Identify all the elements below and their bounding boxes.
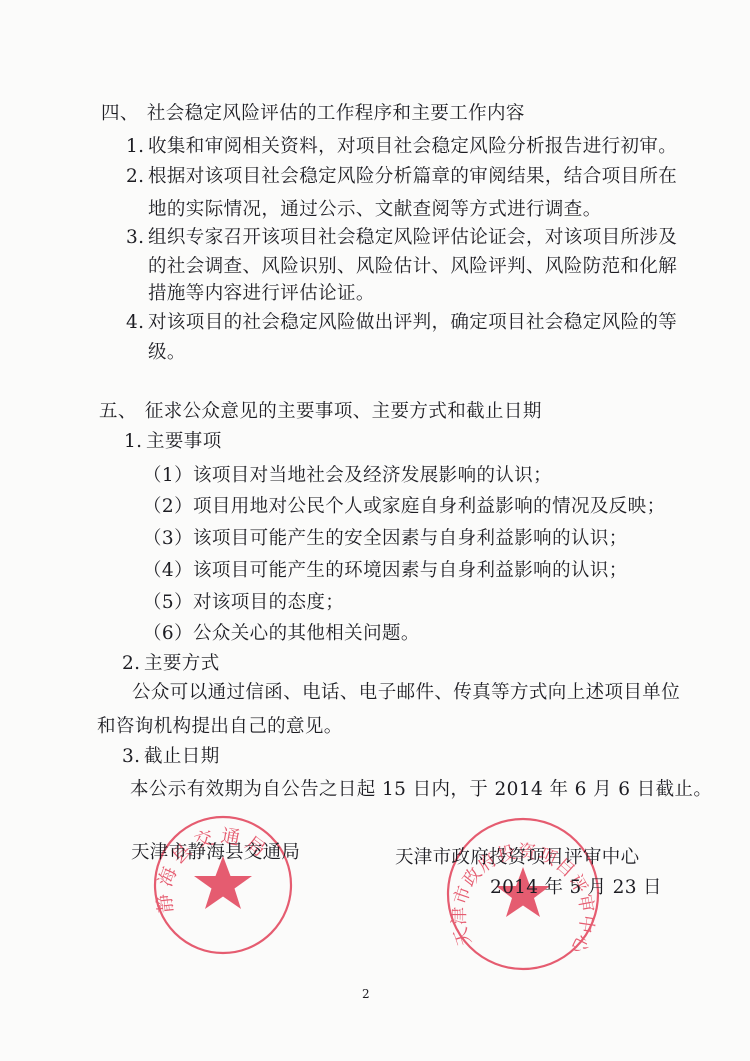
section-4-title: 社会稳定风险评估的工作程序和主要工作内容 — [147, 103, 525, 124]
item-number: 3. — [126, 227, 148, 249]
signature-left-organization: 天津市静海县交通局 — [131, 842, 300, 864]
section-5-title: 征求公众意见的主要事项、主要方式和截止日期 — [145, 401, 542, 422]
item-title: 主要事项 — [146, 431, 222, 452]
signature-right-organization: 天津市政府投资项目评审中心 — [395, 847, 639, 869]
item-number: 2. — [122, 653, 144, 675]
s4-item-4: 4.对该项目的社会稳定风险做出评判，确定项目社会稳定风险的等 — [126, 312, 677, 334]
s4-item-1: 1.收集和审阅相关资料，对项目社会稳定风险分析报告进行初审。 — [126, 136, 677, 158]
item-number: 1. — [126, 136, 148, 158]
section-4-heading: 四、社会稳定风险评估的工作程序和主要工作内容 — [101, 103, 525, 125]
item-text: 对该项目的社会稳定风险做出评判，确定项目社会稳定风险的等 — [148, 312, 677, 333]
s5-matter-6: （6）公众关心的其他相关问题。 — [143, 623, 420, 645]
s5-sub2-paragraph-line-1: 公众可以通过信函、电话、电子邮件、传真等方式向上述项目单位 — [132, 682, 680, 704]
s4-item-2: 2.根据对该项目社会稳定风险分析篇章的审阅结果，结合项目所在 — [126, 166, 677, 188]
item-number: 1. — [124, 431, 146, 453]
section-5-heading: 五、征求公众意见的主要事项、主要方式和截止日期 — [99, 401, 542, 423]
item-text: 组织专家召开该项目社会稳定风险评估论证会，对该项目所涉及 — [148, 227, 677, 248]
item-text: 根据对该项目社会稳定风险分析篇章的审阅结果，结合项目所在 — [148, 166, 677, 187]
item-number: 2. — [126, 166, 148, 188]
s5-sub3-heading: 3.截止日期 — [122, 746, 220, 768]
page-number: 2 — [362, 986, 370, 1002]
s4-item-3-cont-1: 的社会调查、风险识别、风险估计、风险评判、风险防范和化解 — [148, 256, 677, 278]
s4-item-2-cont: 地的实际情况，通过公示、文献查阅等方式进行调查。 — [148, 199, 602, 221]
s4-item-3-cont-2: 措施等内容进行评估论证。 — [148, 283, 375, 305]
s5-deadline-text: 本公示有效期为自公告之日起 15 日内，于 2014 年 6 月 6 日截止。 — [130, 779, 712, 801]
item-number: 4. — [126, 312, 148, 334]
s4-item-4-cont: 级。 — [148, 342, 186, 364]
s4-item-3: 3.组织专家召开该项目社会稳定风险评估论证会，对该项目所涉及 — [126, 227, 677, 249]
s5-sub2-paragraph-line-2: 和咨询机构提出自己的意见。 — [97, 716, 343, 738]
s5-sub2-heading: 2.主要方式 — [122, 653, 220, 675]
s5-matter-1: （1）该项目对当地社会及经济发展影响的认识； — [143, 465, 552, 487]
s5-matter-5: （5）对该项目的态度； — [143, 592, 344, 614]
item-title: 主要方式 — [144, 653, 220, 674]
item-text: 收集和审阅相关资料，对项目社会稳定风险分析报告进行初审。 — [148, 136, 677, 157]
s5-matter-4: （4）该项目可能产生的环境因素与自身利益影响的认识； — [143, 560, 628, 582]
item-number: 3. — [122, 746, 144, 768]
s5-sub1-heading: 1.主要事项 — [124, 431, 222, 453]
document-page: 四、社会稳定风险评估的工作程序和主要工作内容 1.收集和审阅相关资料，对项目社会… — [0, 0, 750, 1061]
section-4-marker: 四、 — [101, 103, 139, 124]
item-title: 截止日期 — [144, 746, 220, 767]
s5-matter-3: （3）该项目可能产生的安全因素与自身利益影响的认识； — [143, 528, 628, 550]
official-seal-left-icon: 静海县交通局 — [150, 812, 296, 958]
signature-date: 2014 年 5 月 23 日 — [490, 877, 662, 899]
section-5-marker: 五、 — [99, 401, 137, 422]
s5-matter-2: （2）项目用地对公民个人或家庭自身利益影响的情况及反映； — [143, 496, 665, 518]
